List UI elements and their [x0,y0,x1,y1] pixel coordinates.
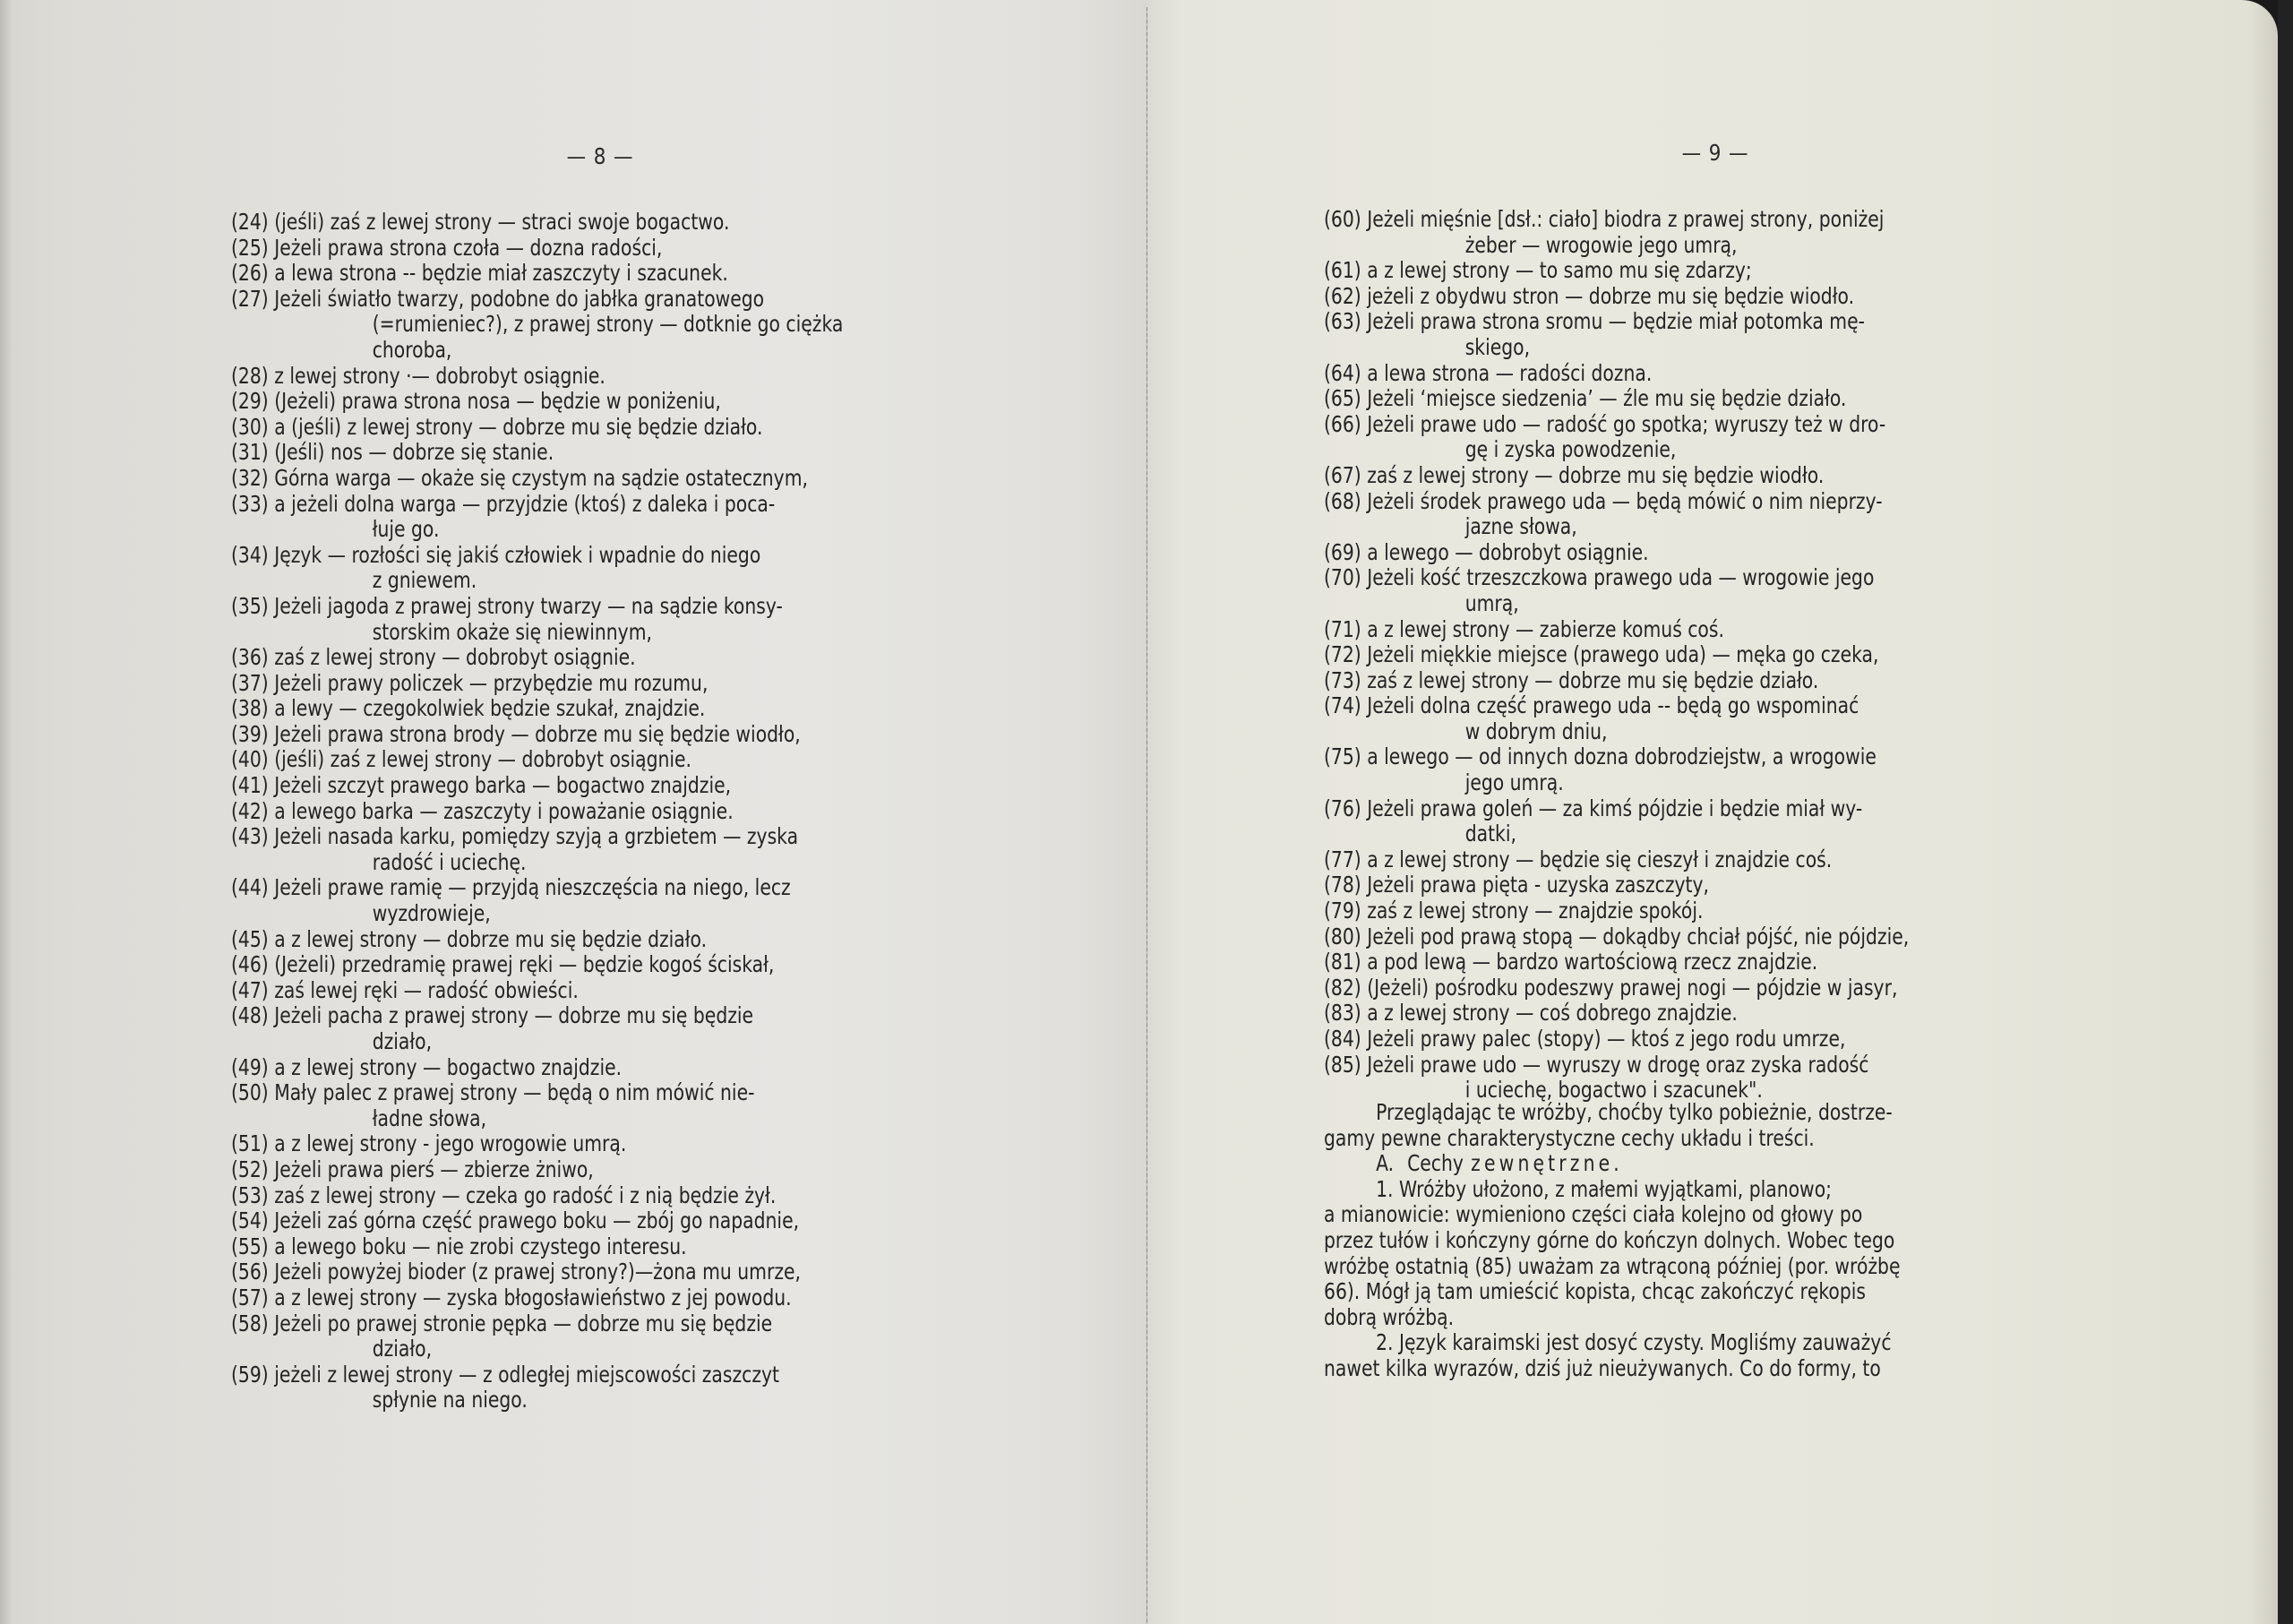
entry-line: (35) Jeżeli jagoda z prawej strony twarz… [231,594,967,620]
list-item: (50) Mały palec z prawej strony — będą o… [231,1080,1118,1131]
list-item: (82) (Jeżeli) pośrodku podeszwy prawej n… [1324,975,2220,1001]
section-title-spaced: zewnętrzne. [1471,1150,1623,1176]
list-item: (54) Jeżeli zaś górna część prawego boku… [231,1208,1118,1234]
entry-continuation: łuje go. [231,517,967,543]
list-item: (71) a z lewej strony — zabierze komuś c… [1324,617,2220,643]
list-item: (75) a lewego — od innych dozna dobrodzi… [1324,744,2220,795]
entry-line: (82) (Jeżeli) pośrodku podeszwy prawej n… [1324,975,2067,1001]
list-item: (33) a jeżeli dolna warga — przyjdzie (k… [231,492,1118,543]
entry-continuation: w dobrym dniu, [1324,719,2067,745]
entry-line: (52) Jeżeli prawa pierś — zbierze żniwo, [231,1157,967,1183]
entry-continuation: storskim okaże się niewinnym, [231,620,967,646]
list-item: (30) a (jeśli) z lewej strony — dobrze m… [231,415,1118,441]
entry-line: (77) a z lewej strony — będzie się ciesz… [1324,847,2067,873]
entry-line: (81) a pod lewą — bardzo wartościową rze… [1324,949,2067,975]
list-item: (85) Jeżeli prawe udo — wyruszy w drogę … [1324,1053,2220,1104]
list-item: (39) Jeżeli prawa strona brody — dobrze … [231,722,1118,748]
entry-line: (41) Jeżeli szczyt prawego barka — bogac… [231,773,967,799]
paragraph-line: gamy pewne charakterystyczne cechy układ… [1324,1126,2067,1152]
list-item: (40) (jeśli) zaś z lewej strony — dobrob… [231,747,1118,773]
list-item: (32) Górna warga — okaże się czystym na … [231,466,1118,492]
entry-line: (61) a z lewej strony — to samo mu się z… [1324,258,2067,284]
list-item: (41) Jeżeli szczyt prawego barka — bogac… [231,773,1118,799]
entry-line: (47) zaś lewej ręki — radość obwieści. [231,978,967,1004]
entry-continuation: działo, [231,1336,967,1362]
entry-line: (53) zaś z lewej strony — czeka go radoś… [231,1183,967,1209]
entry-line: (38) a lewy — czegokolwiek będzie szukał… [231,696,967,722]
list-item: (25) Jeżeli prawa strona czoła — dozna r… [231,236,1118,262]
list-item: (52) Jeżeli prawa pierś — zbierze żniwo, [231,1157,1118,1183]
entry-line: (75) a lewego — od innych dozna dobrodzi… [1324,744,2067,770]
list-item: (79) zaś z lewej strony — znajdzie spokó… [1324,898,2220,924]
entry-line: (31) (Jeśli) nos — dobrze się stanie. [231,440,967,466]
list-item: (58) Jeżeli po prawej stronie pępka — do… [231,1311,1118,1362]
list-item: (57) a z lewej strony — zyska błogosławi… [231,1285,1118,1311]
section-heading-line: A.Cechyzewnętrzne. [1324,1151,2067,1177]
entry-line: (43) Jeżeli nasada karku, pomiędzy szyją… [231,824,967,850]
list-item: (60) Jeżeli mięśnie [dsł.: ciało] biodra… [1324,207,2220,258]
entry-line: (48) Jeżeli pacha z prawej strony — dobr… [231,1003,967,1029]
paragraph-line: 2. Język karaimski jest dosyć czysty. Mo… [1324,1330,2067,1356]
list-item: (69) a lewego — dobrobyt osiągnie. [1324,540,2220,566]
entry-continuation: jazne słowa, [1324,514,2067,540]
list-item: (29) (Jeżeli) prawa strona nosa — będzie… [231,389,1118,415]
section-heading: A.Cechyzewnętrzne. [1324,1151,2220,1177]
entry-line: (65) Jeżeli ‘miejsce siedzenia’ — źle mu… [1324,386,2067,412]
entry-line: (78) Jeżeli prawa pięta - uzyska zaszczy… [1324,872,2067,898]
list-item: (24) (jeśli) zaś z lewej strony — straci… [231,210,1118,236]
entry-line: (28) z lewej strony ·— dobrobyt osiągnie… [231,364,967,390]
entry-continuation: spłynie na niego. [231,1388,967,1413]
entry-line: (70) Jeżeli kość trzeszczkowa prawego ud… [1324,565,2067,591]
entry-line: (80) Jeżeli pod prawą stopą — dokądby ch… [1324,924,2067,950]
entry-line: (58) Jeżeli po prawej stronie pępka — do… [231,1311,967,1337]
list-item: (84) Jeżeli prawy palec (stopy) — ktoś z… [1324,1027,2220,1053]
entry-continuation: (=rumieniec?), z prawej strony — dotknie… [231,312,967,338]
list-item: (76) Jeżeli prawa goleń — za kimś pójdzi… [1324,796,2220,847]
list-item: (61) a z lewej strony — to samo mu się z… [1324,258,2220,284]
list-item: (62) jeżeli z obydwu stron — dobrze mu s… [1324,284,2220,310]
list-item: (37) Jeżeli prawy policzek — przybędzie … [231,671,1118,697]
entry-line: (85) Jeżeli prawe udo — wyruszy w drogę … [1324,1053,2067,1078]
entry-line: (56) Jeżeli powyżej bioder (z prawej str… [231,1259,967,1285]
list-item: (64) a lewa strona — radości dozna. [1324,361,2220,387]
entry-continuation: działo, [231,1029,967,1055]
list-item: (66) Jeżeli prawe udo — radość go spotka… [1324,412,2220,463]
entry-line: (76) Jeżeli prawa goleń — za kimś pójdzi… [1324,796,2067,822]
entry-line: (54) Jeżeli zaś górna część prawego boku… [231,1208,967,1234]
entry-continuation: jego umrą. [1324,770,2067,796]
entry-line: (62) jeżeli z obydwu stron — dobrze mu s… [1324,284,2067,310]
list-item: (80) Jeżeli pod prawą stopą — dokądby ch… [1324,924,2220,950]
list-item: (36) zaś z lewej strony — dobrobyt osiąg… [231,645,1118,671]
section-label: A. [1376,1150,1394,1176]
paragraph-line: Przeglądając te wróżby, choćby tylko pob… [1324,1100,2067,1126]
list-item: (45) a z lewej strony — dobrze mu się bę… [231,927,1118,953]
list-item: (55) a lewego boku — nie zrobi czystego … [231,1234,1118,1260]
divination-list: (24) (jeśli) zaś z lewej strony — straci… [231,210,1118,1413]
entry-line: (63) Jeżeli prawa strona sromu — będzie … [1324,309,2067,335]
list-item: (48) Jeżeli pacha z prawej strony — dobr… [231,1003,1118,1054]
entry-line: (74) Jeżeli dolna część prawego uda -- b… [1324,693,2067,719]
divination-list: (60) Jeżeli mięśnie [dsł.: ciało] biodra… [1324,207,2220,1104]
list-item: (68) Jeżeli środek prawego uda — będą mó… [1324,489,2220,540]
list-item: (31) (Jeśli) nos — dobrze się stanie. [231,440,1118,466]
paragraph-line: dobrą wróżbą. [1324,1305,2067,1331]
list-item: (77) a z lewej strony — będzie się ciesz… [1324,847,2220,873]
book-spread: — 8 — (24) (jeśli) zaś z lewej strony — … [0,0,2293,1624]
entry-line: (73) zaś z lewej strony — dobrze mu się … [1324,668,2067,694]
page-number: — 8 — [546,143,654,169]
list-item: (78) Jeżeli prawa pięta - uzyska zaszczy… [1324,872,2220,898]
entry-line: (64) a lewa strona — radości dozna. [1324,361,2067,387]
list-item: (56) Jeżeli powyżej bioder (z prawej str… [231,1259,1118,1285]
list-item: (26) a lewa strona -- będzie miał zaszcz… [231,261,1118,287]
entry-continuation: żeber — wrogowie jego umrą, [1324,233,2067,259]
list-item: (46) (Jeżeli) przedramię prawej ręki — b… [231,952,1118,978]
entry-continuation: choroba, [231,338,967,364]
list-item: (63) Jeżeli prawa strona sromu — będzie … [1324,309,2220,360]
entry-continuation: wyzdrowieje, [231,901,967,927]
entry-continuation: gę i zyska powodzenie, [1324,437,2067,463]
right-page: — 9 — (60) Jeżeli mięśnie [dsł.: ciało] … [1147,0,2278,1624]
entry-line: (39) Jeżeli prawa strona brody — dobrze … [231,722,967,748]
entry-continuation: umrą, [1324,591,2067,617]
entry-line: (69) a lewego — dobrobyt osiągnie. [1324,540,2067,566]
entry-line: (25) Jeżeli prawa strona czoła — dozna r… [231,236,967,262]
entry-line: (32) Górna warga — okaże się czystym na … [231,466,967,492]
paragraph-line: 1. Wróżby ułożono, z małemi wyjątkami, p… [1324,1177,2067,1203]
background-edge [2278,0,2293,1624]
entry-line: (40) (jeśli) zaś z lewej strony — dobrob… [231,747,967,773]
list-item: (44) Jeżeli prawe ramię — przyjdą nieszc… [231,875,1118,926]
entry-line: (29) (Jeżeli) prawa strona nosa — będzie… [231,389,967,415]
list-item: (72) Jeżeli miękkie miejsce (prawego uda… [1324,642,2220,668]
list-item: (81) a pod lewą — bardzo wartościową rze… [1324,949,2220,975]
entry-line: (46) (Jeżeli) przedramię prawej ręki — b… [231,952,967,978]
entry-line: (79) zaś z lewej strony — znajdzie spokó… [1324,898,2067,924]
entry-line: (57) a z lewej strony — zyska błogosławi… [231,1285,967,1311]
entry-continuation: radość i uciechę. [231,850,967,876]
list-item: (38) a lewy — czegokolwiek będzie szukał… [231,696,1118,722]
entry-line: (84) Jeżeli prawy palec (stopy) — ktoś z… [1324,1027,2067,1053]
entry-line: (36) zaś z lewej strony — dobrobyt osiąg… [231,645,967,671]
entry-line: (67) zaś z lewej strony — dobrze mu się … [1324,463,2067,489]
entry-line: (51) a z lewej strony - jego wrogowie um… [231,1131,967,1157]
list-item: (74) Jeżeli dolna część prawego uda -- b… [1324,693,2220,744]
list-item: (49) a z lewej strony — bogactwo znajdzi… [231,1055,1118,1081]
entry-line: (45) a z lewej strony — dobrze mu się bę… [231,927,967,953]
list-item: (59) jeżeli z lewej strony — z odległej … [231,1362,1118,1413]
entry-line: (44) Jeżeli prawe ramię — przyjdą nieszc… [231,875,967,901]
paragraph: Przeglądając te wróżby, choćby tylko pob… [1324,1100,2220,1151]
entry-line: (26) a lewa strona -- będzie miał zaszcz… [231,261,967,287]
list-item: (28) z lewej strony ·— dobrobyt osiągnie… [231,364,1118,390]
entry-line: (30) a (jeśli) z lewej strony — dobrze m… [231,415,967,441]
list-item: (35) Jeżeli jagoda z prawej strony twarz… [231,594,1118,645]
commentary: Przeglądając te wróżby, choćby tylko pob… [1324,1100,2220,1382]
entry-line: (83) a z lewej strony — coś dobrego znaj… [1324,1001,2067,1027]
entry-line: (66) Jeżeli prawe udo — radość go spotka… [1324,412,2067,438]
entry-line: (34) Język — rozłości się jakiś człowiek… [231,543,967,569]
list-item: (70) Jeżeli kość trzeszczkowa prawego ud… [1324,565,2220,616]
entry-line: (60) Jeżeli mięśnie [dsł.: ciało] biodra… [1324,207,2067,233]
entry-continuation: ładne słowa, [231,1106,967,1132]
list-item: (42) a lewego barka — zaszczyty i poważa… [231,799,1118,825]
list-item: (73) zaś z lewej strony — dobrze mu się … [1324,668,2220,694]
list-item: (51) a z lewej strony - jego wrogowie um… [231,1131,1118,1157]
list-item: (53) zaś z lewej strony — czeka go radoś… [231,1183,1118,1209]
paragraph: 2. Język karaimski jest dosyć czysty. Mo… [1324,1330,2220,1381]
entry-line: (72) Jeżeli miękkie miejsce (prawego uda… [1324,642,2067,668]
list-item: (83) a z lewej strony — coś dobrego znaj… [1324,1001,2220,1027]
entry-line: (27) Jeżeli światło twarzy, podobne do j… [231,287,967,313]
paragraph-line: nawet kilka wyrazów, dziś już nieużywany… [1324,1356,2067,1382]
entry-line: (24) (jeśli) zaś z lewej strony — straci… [231,210,967,236]
entry-line: (49) a z lewej strony — bogactwo znajdzi… [231,1055,967,1081]
entry-line: (37) Jeżeli prawy policzek — przybędzie … [231,671,967,697]
entry-line: (55) a lewego boku — nie zrobi czystego … [231,1234,967,1260]
entry-continuation: datki, [1324,821,2067,847]
entry-continuation: z gniewem. [231,568,967,594]
entry-line: (50) Mały palec z prawej strony — będą o… [231,1080,967,1106]
entry-line: (33) a jeżeli dolna warga — przyjdzie (k… [231,492,967,518]
list-item: (65) Jeżeli ‘miejsce siedzenia’ — źle mu… [1324,386,2220,412]
list-item: (43) Jeżeli nasada karku, pomiędzy szyją… [231,824,1118,875]
paragraph-line: wróżbę ostatnią (85) uważam za wtrąconą … [1324,1254,2067,1280]
paragraph-line: przez tułów i kończyny górne do kończyn … [1324,1228,2067,1254]
entry-line: (68) Jeżeli środek prawego uda — będą mó… [1324,489,2067,515]
paragraph-line: a mianowicie: wymieniono części ciała ko… [1324,1202,2067,1228]
entry-line: (71) a z lewej strony — zabierze komuś c… [1324,617,2067,643]
paragraph: 1. Wróżby ułożono, z małemi wyjątkami, p… [1324,1177,2220,1331]
entry-continuation: skiego, [1324,335,2067,361]
entry-line: (59) jeżeli z lewej strony — z odległej … [231,1362,967,1388]
section-prefix: Cechy [1407,1150,1464,1176]
paragraph-line: 66). Mógł ją tam umieścić kopista, chcąc… [1324,1279,2067,1305]
left-page: — 8 — (24) (jeśli) zaś z lewej strony — … [0,0,1147,1624]
list-item: (47) zaś lewej ręki — radość obwieści. [231,978,1118,1004]
page-number: — 9 — [1662,140,1769,166]
list-item: (67) zaś z lewej strony — dobrze mu się … [1324,463,2220,489]
list-item: (34) Język — rozłości się jakiś człowiek… [231,543,1118,594]
entry-line: (42) a lewego barka — zaszczyty i poważa… [231,799,967,825]
list-item: (27) Jeżeli światło twarzy, podobne do j… [231,287,1118,364]
